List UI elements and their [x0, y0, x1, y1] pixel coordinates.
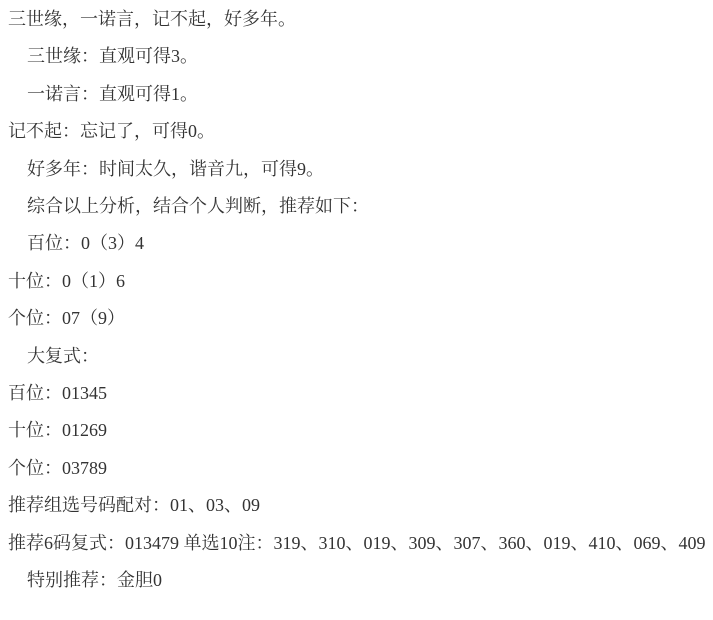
paragraph-line-12: 十位：01269 — [8, 412, 711, 449]
paragraph-line-9: 个位：07（9） — [8, 300, 711, 337]
paragraph-line-3: 一诺言：直观可得1。 — [8, 76, 711, 113]
document-body: 三世缘，一诺言，记不起，好多年。三世缘：直观可得3。一诺言：直观可得1。记不起：… — [0, 0, 713, 620]
paragraph-line-4: 记不起：忘记了，可得0。 — [8, 113, 711, 150]
paragraph-line-5: 好多年：时间太久，谐音九，可得9。 — [8, 151, 711, 188]
paragraph-line-14: 推荐组选号码配对：01、03、09 — [8, 487, 711, 524]
paragraph-line-1: 三世缘，一诺言，记不起，好多年。 — [8, 1, 711, 38]
paragraph-line-16: 特别推荐：金胆0 — [8, 562, 711, 599]
paragraph-line-8: 十位：0（1）6 — [8, 263, 711, 300]
paragraph-line-15: 推荐6码复式：013479 单选10注：319、310、019、309、307、… — [8, 525, 711, 562]
paragraph-line-7: 百位：0（3）4 — [8, 225, 711, 262]
paragraph-line-6: 综合以上分析，结合个人判断，推荐如下： — [8, 188, 711, 225]
paragraph-line-2: 三世缘：直观可得3。 — [8, 38, 711, 75]
paragraph-line-11: 百位：01345 — [8, 375, 711, 412]
paragraph-line-10: 大复式： — [8, 338, 711, 375]
paragraph-line-13: 个位：03789 — [8, 450, 711, 487]
